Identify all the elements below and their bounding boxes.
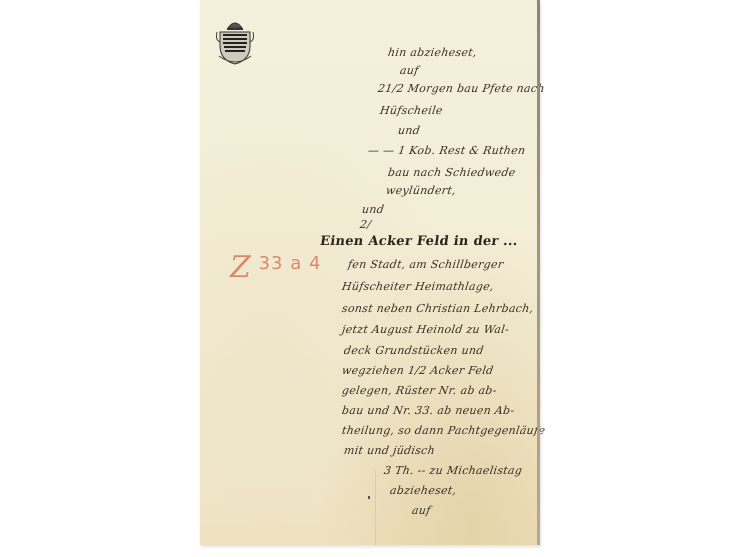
text-line-heading: Einen Acker Feld in der ... xyxy=(319,234,519,249)
text-line: gelegen, Rüster Nr. ab ab- xyxy=(341,384,498,397)
text-line: und xyxy=(397,124,421,137)
marginal-note-text: 33 a 4 xyxy=(259,253,322,274)
paper-fold-line xyxy=(375,470,376,545)
text-line: theilung, so dann Pachtgegenläufe xyxy=(341,424,546,437)
text-line: bau und Nr. 33. ab neuen Ab- xyxy=(341,404,515,417)
text-line: 21/2 Morgen bau Pfete nach xyxy=(377,82,546,95)
text-line: fen Stadt, am Schillberger xyxy=(347,258,504,271)
manuscript-page: hin abzieheset, auf 21/2 Morgen bau Pfet… xyxy=(200,0,540,545)
text-line: und xyxy=(361,203,385,216)
text-line: deck Grundstücken und xyxy=(343,344,485,357)
text-line: Hüfscheiter Heimathlage, xyxy=(341,280,495,293)
ink-speck xyxy=(368,496,370,499)
text-line: mit und jüdisch xyxy=(343,444,436,457)
text-line: abzieheset, xyxy=(389,484,457,497)
text-line: weylündert, xyxy=(385,184,457,197)
text-line: 3 Th. -- zu Michaelistag xyxy=(383,464,523,477)
text-line: sonst neben Christian Lehrbach, xyxy=(341,302,534,315)
coat-of-arms-stamp-icon xyxy=(214,16,256,68)
text-line: — — 1 Kob. Rest & Ruthen xyxy=(367,144,526,157)
text-line: hin abzieheset, xyxy=(387,46,478,59)
text-line: auf xyxy=(399,64,419,77)
marginal-archive-note: Z 33 a 4 xyxy=(230,250,321,285)
marginal-note-prefix: Z xyxy=(230,250,252,285)
text-line: wegziehen 1/2 Acker Feld xyxy=(341,364,494,377)
text-line: auf xyxy=(411,504,431,517)
text-line: 2/ xyxy=(359,218,372,231)
text-line: bau nach Schiedwede xyxy=(387,166,516,179)
text-line: jetzt August Heinold zu Wal- xyxy=(341,323,510,336)
text-line: Hüfscheile xyxy=(379,104,444,117)
